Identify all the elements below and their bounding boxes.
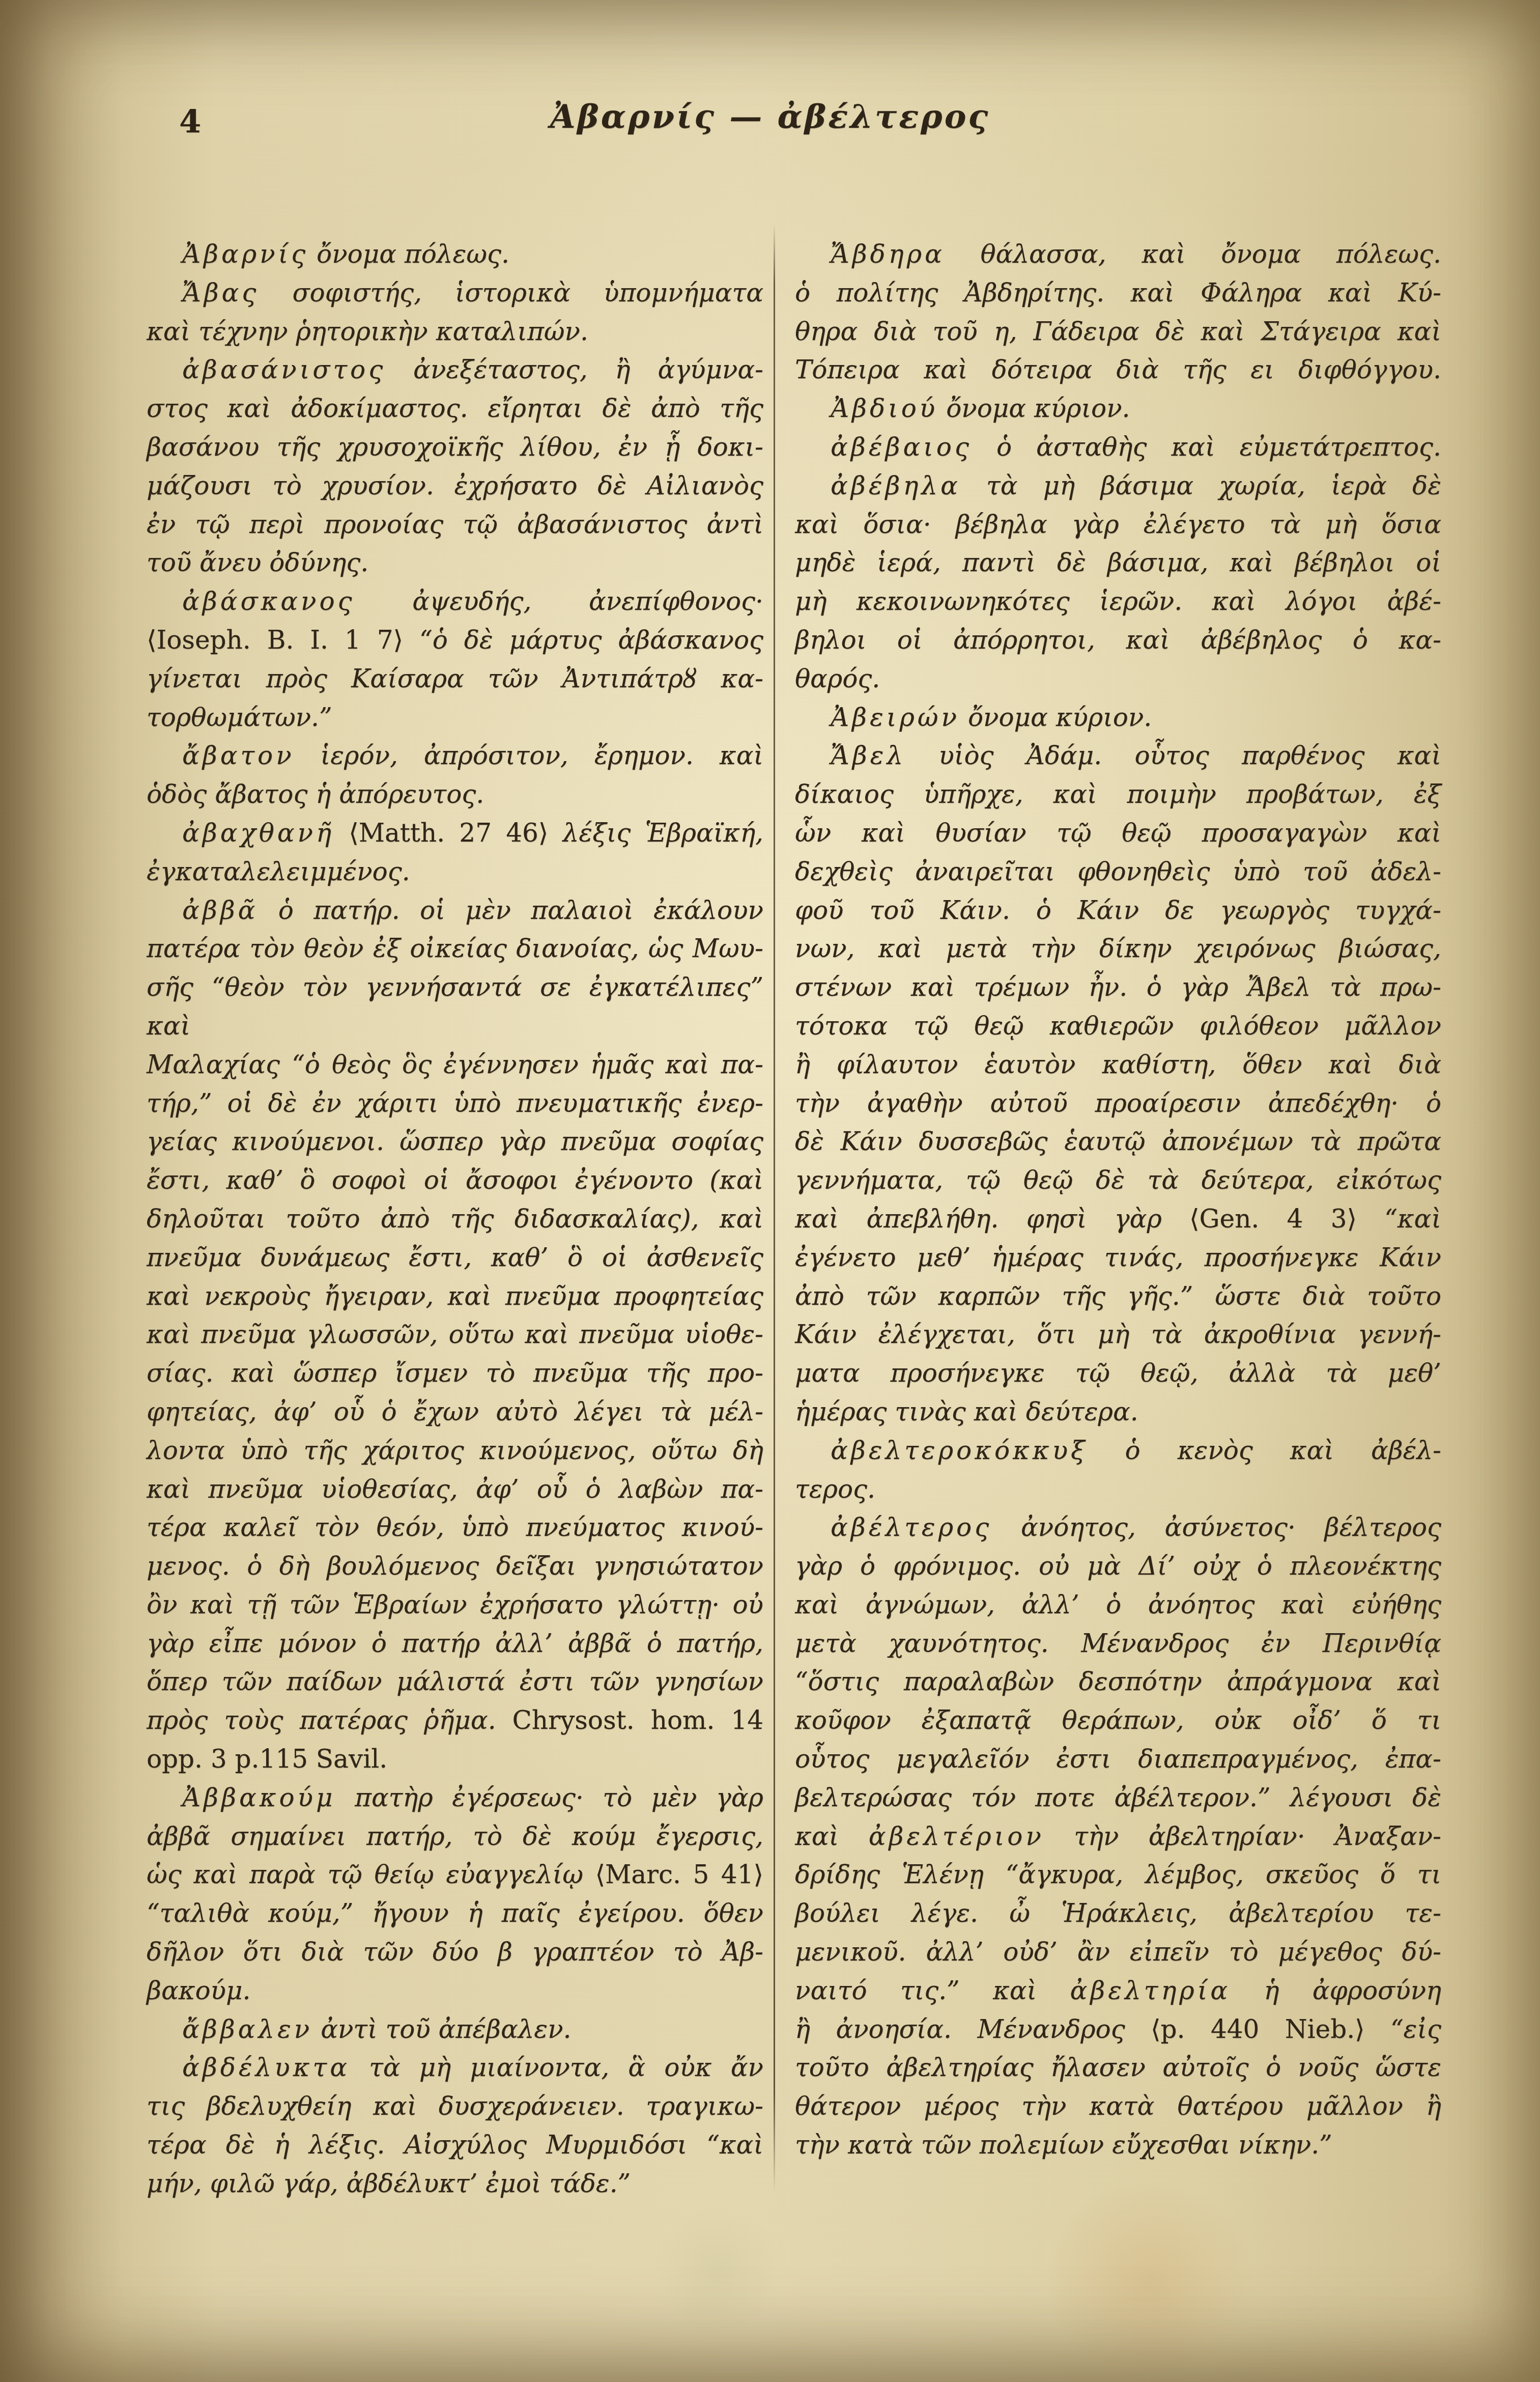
greek-text: τὰ μὴ μιαίνοντα, ἃ οὐκ ἄν xyxy=(350,2053,763,2082)
text-line: μενικοῦ. ἀλλ’ οὐδ’ ἂν εἰπεῖν τὸ μέγεθος … xyxy=(795,1933,1441,1972)
text-line: ἢ ἀνοησία. Μένανδρος ⟨p. 440 Nieb.⟩ “εἰς xyxy=(795,2010,1441,2049)
greek-text: τὴν κατὰ τῶν πολεμίων εὔχεσθαι νίκην.” xyxy=(795,2130,1332,2160)
greek-text: τήρ,” οἱ δὲ ἐν χάριτι ὑπὸ πνευματικῆς ἐν… xyxy=(147,1088,763,1118)
latin-citation: ⟨p. 440 Nieb.⟩ xyxy=(1151,2014,1364,2044)
text-line: Ἄβδηρα θάλασσα, καὶ ὄνομα πόλεως. xyxy=(795,235,1441,274)
headword: Ἀβαρνίς xyxy=(182,239,308,269)
text-line: ἀβδέλυκτα τὰ μὴ μιαίνοντα, ἃ οὐκ ἄν xyxy=(147,2049,763,2087)
greek-text: θαρός. xyxy=(795,664,880,693)
text-line: Ἄβελ υἱὸς Ἀδάμ. οὗτος παρθένος καὶ xyxy=(795,737,1441,775)
text-line: βούλει λέγε. ὦ Ἡράκλεις, ἀβελτερίου τε- xyxy=(795,1894,1441,1933)
greek-text: βελτερώσας τόν ποτε ἀβέλτερον.” λέγουσι … xyxy=(795,1783,1441,1812)
greek-text: ἐγένετο μεθ’ ἡμέρας τινάς, προσήνεγκε Κά… xyxy=(795,1243,1441,1272)
text-line: Ἀβαρνίς ὄνομα πόλεως. xyxy=(147,235,763,274)
greek-text: γίνεται πρὸς Καίσαρα τῶν Ἀντιπάτρȣ κα- xyxy=(147,664,763,693)
latin-citation: ⟨Marc. 5 41⟩ xyxy=(595,1860,763,1889)
headword: ἀβασάνιστος xyxy=(182,355,386,384)
column-right: Ἄβδηρα θάλασσα, καὶ ὄνομα πόλεως.ὁ πολίτ… xyxy=(795,235,1441,2165)
text-line: ἀβέβηλα τὰ μὴ βάσιμα χωρία, ἱερὰ δὲ xyxy=(795,467,1441,506)
text-line: ἀβασάνιστος ἀνεξέταστος, ἢ ἀγύμνα- xyxy=(147,351,763,389)
text-line: ὡς καὶ παρὰ τῷ θείῳ εὐαγγελίῳ ⟨Marc. 5 4… xyxy=(147,1856,763,1894)
text-line: θαρός. xyxy=(795,660,1441,698)
greek-text: δῆλον ὅτι διὰ τῶν δύο β γραπτέον τὸ Ἀβ- xyxy=(147,1937,763,1967)
text-line: δὲ Κάιν δυσσεβῶς ἑαυτῷ ἀπονέμων τὰ πρῶτα xyxy=(795,1123,1441,1161)
headword: ἀβελτεροκόκκυξ xyxy=(831,1436,1088,1465)
greek-text: σῆς “θεὸν τὸν γεννήσαντά σε ἐγκατέλιπες”… xyxy=(147,972,763,1041)
greek-text: τότοκα τῷ θεῷ καθιερῶν φιλόθεον μᾶλλον xyxy=(795,1011,1441,1041)
greek-text: βακούμ. xyxy=(147,1976,250,2005)
greek-text: τὴν ἀβελτηρίαν· Ἀναξαν- xyxy=(1044,1821,1441,1851)
text-line: δεχθεὶς ἀναιρεῖται φθονηθεὶς ὑπὸ τοῦ ἀδε… xyxy=(795,853,1441,891)
greek-text: στένων καὶ τρέμων ἦν. ὁ γὰρ Ἄβελ τὰ πρω- xyxy=(795,972,1441,1002)
text-line: ματα προσήνεγκε τῷ θεῷ, ἀλλὰ τὰ μεθ’ xyxy=(795,1354,1441,1393)
text-line: βακούμ. xyxy=(147,1972,763,2010)
greek-text: γὰρ ὁ φρόνιμος. οὐ μὰ Δί’ οὐχ ὁ πλεονέκτ… xyxy=(795,1551,1441,1581)
greek-text: γείας κινούμενοι. ὥσπερ γὰρ πνεῦμα σοφία… xyxy=(147,1127,763,1156)
greek-text: ματα προσήνεγκε τῷ θεῷ, ἀλλὰ τὰ μεθ’ xyxy=(795,1358,1441,1388)
headword: Ἄβδηρα xyxy=(831,239,945,269)
text-line: γὰρ εἶπε μόνον ὁ πατήρ ἀλλ’ ἀββᾶ ὁ πατήρ… xyxy=(147,1624,763,1663)
text-line: ἢ φίλαυτον ἑαυτὸν καθίστη, ὅθεν καὶ διὰ xyxy=(795,1046,1441,1084)
greek-text: λέξις Ἑβραϊκή, xyxy=(548,818,763,848)
text-line: τέρα καλεῖ τὸν θεόν, ὑπὸ πνεύματος κινού… xyxy=(147,1508,763,1547)
text-line: ὧν καὶ θυσίαν τῷ θεῷ προσαγαγὼν καὶ xyxy=(795,814,1441,853)
greek-text: βασάνου τῆς χρυσοχοϊκῆς λίθου, ἐν ᾗ δοκι… xyxy=(147,432,763,462)
text-line: Ἀββακούμ πατὴρ ἐγέρσεως· τὸ μὲν γὰρ xyxy=(147,1779,763,1817)
text-line: τέρα δὲ ἡ λέξις. Αἰσχύλος Μυρμιδόσι “καὶ xyxy=(147,2126,763,2165)
greek-text: ὁ κενὸς καὶ ἀβέλ- xyxy=(1088,1436,1441,1465)
text-line: καὶ τέχνην ῥητορικὴν καταλιπών. xyxy=(147,313,763,351)
column-divider xyxy=(774,224,775,2192)
headword: ἀβάσκανος xyxy=(182,586,355,616)
text-line: μὴ κεκοινωνηκότες ἱερῶν. καὶ λόγοι ἀβέ- xyxy=(795,582,1441,621)
greek-text: ἐν τῷ περὶ προνοίας τῷ ἀβασάνιστος ἀντὶ xyxy=(147,510,763,539)
headword: ἀβέβαιος xyxy=(831,432,972,462)
text-line: πρὸς τοὺς πατέρας ῥῆμα. Chrysost. hom. 1… xyxy=(147,1701,763,1740)
greek-text: υἱὸς Ἀδάμ. οὗτος παρθένος καὶ xyxy=(906,741,1441,770)
text-line: δίκαιος ὑπῆρχε, καὶ ποιμὴν προβάτων, ἐξ xyxy=(795,775,1441,814)
greek-text: μετὰ χαυνότητος. Μένανδρος ἐν Περινθίᾳ xyxy=(795,1629,1441,1658)
text-line: τὴν κατὰ τῶν πολεμίων εὔχεσθαι νίκην.” xyxy=(795,2126,1441,2165)
text-line: “ταλιθὰ κούμ,” ἤγουν ἡ παῖς ἐγείρου. ὅθε… xyxy=(147,1894,763,1933)
text-line: ἄββαλεν ἀντὶ τοῦ ἀπέβαλεν. xyxy=(147,2010,763,2049)
text-line: τήρ,” οἱ δὲ ἐν χάριτι ὑπὸ πνευματικῆς ἐν… xyxy=(147,1084,763,1123)
text-line: καὶ ἀγνώμων, ἀλλ’ ὁ ἀνόητος καὶ εὐήθης xyxy=(795,1586,1441,1624)
greek-text: ἢ φίλαυτον ἑαυτὸν καθίστη, ὅθεν καὶ διὰ xyxy=(795,1050,1441,1079)
text-line: ἀβελτεροκόκκυξ ὁ κενὸς καὶ ἀβέλ- xyxy=(795,1432,1441,1470)
paper-stain xyxy=(1043,2179,1257,2382)
greek-text: τερος. xyxy=(795,1474,875,1504)
text-line: Ἄβας σοφιστής, ἱστορικὰ ὑπομνήματα xyxy=(147,274,763,313)
greek-text: ἡ ἀφροσύνη xyxy=(1231,1976,1441,2005)
greek-text: τὴν ἀγαθὴν αὐτοῦ προαίρεσιν ἀπεδέχθη· ὁ xyxy=(795,1088,1441,1118)
greek-text: ὄνομα πόλεως. xyxy=(308,239,509,269)
text-line: opp. 3 p.115 Savil. xyxy=(147,1740,763,1779)
greek-text: πρὸς τοὺς πατέρας ῥῆμα. xyxy=(147,1705,512,1735)
text-line: ὂν καὶ τῇ τῶν Ἑβραίων ἐχρήσατο γλώττῃ· ο… xyxy=(147,1586,763,1624)
text-line: φητείας, ἀφ’ οὗ ὁ ἔχων αὐτὸ λέγει τὰ μέλ… xyxy=(147,1393,763,1432)
text-line: ναιτό τις.” καὶ ἀβελτηρία ἡ ἀφροσύνη xyxy=(795,1972,1441,2010)
text-line: σίας. καὶ ὥσπερ ἴσμεν τὸ πνεῦμα τῆς προ- xyxy=(147,1354,763,1393)
greek-text: “καὶ xyxy=(1357,1204,1441,1234)
greek-text: φητείας, ἀφ’ οὗ ὁ ἔχων αὐτὸ λέγει τὰ μέλ… xyxy=(147,1397,763,1426)
text-line: γὰρ ὁ φρόνιμος. οὐ μὰ Δί’ οὐχ ὁ πλεονέκτ… xyxy=(795,1547,1441,1586)
column-left: Ἀβαρνίς ὄνομα πόλεως.Ἄβας σοφιστής, ἱστο… xyxy=(147,235,763,2203)
headword: ἀβέβηλα xyxy=(831,471,961,500)
greek-text: ἀπὸ τῶν καρπῶν τῆς γῆς.” ὥστε διὰ τοῦτο xyxy=(795,1281,1441,1311)
greek-text xyxy=(334,818,349,848)
greek-text: γὰρ εἶπε μόνον ὁ πατήρ ἀλλ’ ἀββᾶ ὁ πατήρ… xyxy=(147,1629,763,1658)
text-line: τοῦ ἄνευ ὀδύνης. xyxy=(147,544,763,582)
text-line: τοῦτο ἀβελτηρίας ἤλασεν αὐτοῖς ὁ νοῦς ὥσ… xyxy=(795,2049,1441,2087)
greek-text: ἀψευδής, ἀνεπίφθονος· xyxy=(355,586,763,616)
greek-text: δρίδης Ἑλένῃ “ἄγκυρα, λέμβος, σκεῦος ὅ τ… xyxy=(795,1860,1441,1889)
text-line: ἄβατον ἱερόν, ἀπρόσιτον, ἔρημον. καὶ xyxy=(147,737,763,775)
greek-text: ναιτό τις.” καὶ xyxy=(795,1976,1070,2005)
text-line: φοῦ τοῦ Κάιν. ὁ Κάιν δε γεωργὸς τυγχά- xyxy=(795,891,1441,930)
text-line: ἀββᾶ σημαίνει πατήρ, τὸ δὲ κούμ ἔγερσις, xyxy=(147,1817,763,1856)
text-line: μενος. ὁ δὴ βουλόμενος δεῖξαι γνησιώτατο… xyxy=(147,1547,763,1586)
text-line: κοῦφον ἐξαπατᾷ θεράπων, οὐκ οἶδ’ ὅ τι xyxy=(795,1701,1441,1740)
greek-text: σίας. καὶ ὥσπερ ἴσμεν τὸ πνεῦμα τῆς προ- xyxy=(147,1358,763,1388)
greek-text: ἱερόν, ἀπρόσιτον, ἔρημον. καὶ xyxy=(295,741,763,770)
greek-text: καὶ τέχνην ῥητορικὴν καταλιπών. xyxy=(147,317,588,346)
latin-citation: ⟨Ioseph. B. I. 1 7⟩ xyxy=(147,625,403,655)
lexicon-page: 4 Ἀβαρνίς — ἀβέλτερος Ἀβαρνίς ὄνομα πόλε… xyxy=(0,0,1540,2382)
text-line: Τόπειρα καὶ δότειρα διὰ τῆς ει διφθόγγου… xyxy=(795,351,1441,389)
text-line: δρίδης Ἑλένῃ “ἄγκυρα, λέμβος, σκεῦος ὅ τ… xyxy=(795,1856,1441,1894)
greek-text: Τόπειρα καὶ δότειρα διὰ τῆς ει διφθόγγου… xyxy=(795,355,1441,384)
text-line: μηδὲ ἱερά, παντὶ δὲ βάσιμα, καὶ βέβηλοι … xyxy=(795,544,1441,582)
headword: Ἄβελ xyxy=(831,741,906,770)
text-line: ἐγκαταλελειμμένος. xyxy=(147,853,763,891)
text-line: ὅπερ τῶν παίδων μάλιστά ἐστι τῶν γνησίων xyxy=(147,1663,763,1701)
headword: ἄββαλεν xyxy=(182,2014,312,2044)
latin-citation: opp. 3 p.115 Savil. xyxy=(147,1744,387,1774)
text-line: ἐν τῷ περὶ προνοίας τῷ ἀβασάνιστος ἀντὶ xyxy=(147,506,763,544)
text-line: οὗτος μεγαλεῖόν ἐστι διαπεπραγμένος, ἐπα… xyxy=(795,1740,1441,1779)
greek-text: τοῦ ἄνευ ὀδύνης. xyxy=(147,548,368,577)
text-line: ὁδὸς ἄβατος ἡ ἀπόρευτος. xyxy=(147,775,763,814)
greek-text: ὅπερ τῶν παίδων μάλιστά ἐστι τῶν γνησίων xyxy=(147,1667,763,1696)
text-line: στένων καὶ τρέμων ἦν. ὁ γὰρ Ἄβελ τὰ πρω- xyxy=(795,968,1441,1007)
text-line: Ἀβδιού ὄνομα κύριον. xyxy=(795,389,1441,428)
greek-text: νων, καὶ μετὰ τὴν δίκην χειρόνως βιώσας, xyxy=(795,934,1441,963)
greek-text: ἀββᾶ σημαίνει πατήρ, τὸ δὲ κούμ ἔγερσις, xyxy=(147,1821,763,1851)
greek-text: γεννήματα, τῷ θεῷ δὲ τὰ δεύτερα, εἰκότως xyxy=(795,1165,1441,1195)
text-line: τερος. xyxy=(795,1470,1441,1509)
greek-text: ἀνεξέταστος, ἢ ἀγύμνα- xyxy=(386,355,763,384)
greek-text: καὶ ὅσια· βέβηλα γὰρ ἐλέγετο τὰ μὴ ὅσια xyxy=(795,510,1441,539)
greek-text: οὗτος μεγαλεῖόν ἐστι διαπεπραγμένος, ἐπα… xyxy=(795,1744,1441,1774)
greek-text: φοῦ τοῦ Κάιν. ὁ Κάιν δε γεωργὸς τυγχά- xyxy=(795,895,1441,925)
headword: ἀβέλτερος xyxy=(831,1512,992,1542)
greek-text: λοντα ὑπὸ τῆς χάριτος κινούμενος, οὕτω δ… xyxy=(147,1436,763,1465)
greek-text: “εἰς xyxy=(1365,2014,1441,2044)
text-line: “ὅστις παραλαβὼν δεσπότην ἀπράγμονα καὶ xyxy=(795,1663,1441,1701)
text-line: βασάνου τῆς χρυσοχοϊκῆς λίθου, ἐν ᾗ δοκι… xyxy=(147,428,763,467)
headword: ἀβελτέριον xyxy=(869,1821,1044,1851)
text-line: βηλοι οἱ ἀπόρρητοι, καὶ ἀβέβηλος ὁ κα- xyxy=(795,621,1441,660)
text-line: ἀββᾶ ὁ πατήρ. οἱ μὲν παλαιοὶ ἐκάλουν xyxy=(147,891,763,930)
text-line: θάτερον μέρος τὴν κατὰ θατέρου μᾶλλον ἢ xyxy=(795,2087,1441,2126)
greek-text: “ὁ δὲ μάρτυς ἀβάσκανος xyxy=(403,625,763,655)
latin-citation: Chrysost. hom. 14 xyxy=(512,1705,763,1735)
headword: Ἀβδιού xyxy=(831,394,938,423)
greek-text: δὲ Κάιν δυσσεβῶς ἑαυτῷ ἀπονέμων τὰ πρῶτα xyxy=(795,1127,1441,1156)
text-line: ἐγένετο μεθ’ ἡμέρας τινάς, προσήνεγκε Κά… xyxy=(795,1239,1441,1277)
text-line: Μαλαχίας “ὁ θεὸς ὃς ἐγέννησεν ἡμᾶς καὶ π… xyxy=(147,1046,763,1084)
greek-text: ὄνομα κύριον. xyxy=(960,703,1152,732)
greek-text: καὶ νεκροὺς ἤγειραν, καὶ πνεῦμα προφητεί… xyxy=(147,1281,763,1311)
text-line: ἀβέλτερος ἀνόητος, ἀσύνετος· βέλτερος xyxy=(795,1508,1441,1547)
greek-text: τοῦτο ἀβελτηρίας ἤλασεν αὐτοῖς ὁ νοῦς ὥσ… xyxy=(795,2053,1441,2082)
greek-text: δεχθεὶς ἀναιρεῖται φθονηθεὶς ὑπὸ τοῦ ἀδε… xyxy=(795,857,1441,886)
greek-text: σοφιστής, ἱστορικὰ ὑπομνήματα xyxy=(259,278,763,307)
text-line: καὶ ἀπεβλήθη. φησὶ γὰρ ⟨Gen. 4 3⟩ “καὶ xyxy=(795,1200,1441,1239)
greek-text: τις βδελυχθείη καὶ δυσχεράνειεν. τραγικω… xyxy=(147,2091,763,2121)
text-line: καὶ νεκροὺς ἤγειραν, καὶ πνεῦμα προφητεί… xyxy=(147,1277,763,1316)
greek-text: πατέρα τὸν θεὸν ἐξ οἰκείας διανοίας, ὡς … xyxy=(147,934,763,963)
text-line: δηλοῦται τοῦτο ἀπὸ τῆς διδασκαλίας), καὶ xyxy=(147,1200,763,1239)
greek-text: τὰ μὴ βάσιμα χωρία, ἱερὰ δὲ xyxy=(961,471,1441,500)
paper-stain xyxy=(651,2204,784,2337)
greek-text: καὶ ἀπεβλήθη. φησὶ γὰρ xyxy=(795,1204,1189,1234)
greek-text: Μαλαχίας “ὁ θεὸς ὃς ἐγέννησεν ἡμᾶς καὶ π… xyxy=(147,1050,763,1079)
headword: ἀββᾶ xyxy=(182,895,258,925)
text-line: καὶ πνεῦμα γλωσσῶν, οὕτω καὶ πνεῦμα υἱοθ… xyxy=(147,1315,763,1354)
latin-citation: ⟨Gen. 4 3⟩ xyxy=(1189,1204,1357,1234)
greek-text: θηρα διὰ τοῦ η, Γάδειρα δὲ καὶ Στάγειρα … xyxy=(795,317,1441,346)
greek-text: θάτερον μέρος τὴν κατὰ θατέρου μᾶλλον ἢ xyxy=(795,2091,1441,2121)
text-line: βελτερώσας τόν ποτε ἀβέλτερον.” λέγουσι … xyxy=(795,1779,1441,1817)
greek-text: μάζουσι τὸ χρυσίον. ἐχρήσατο δὲ Αἰλιανὸς xyxy=(147,471,763,500)
greek-text: μενικοῦ. ἀλλ’ οὐδ’ ἂν εἰπεῖν τὸ μέγεθος … xyxy=(795,1937,1441,1967)
text-line: καὶ ἀβελτέριον τὴν ἀβελτηρίαν· Ἀναξαν- xyxy=(795,1817,1441,1856)
greek-text: μενος. ὁ δὴ βουλόμενος δεῖξαι γνησιώτατο… xyxy=(147,1551,763,1581)
headword: Ἀββακούμ xyxy=(182,1783,335,1812)
text-line: πνεῦμα δυνάμεως ἔστι, καθ’ ὃ οἱ ἀσθενεῖς xyxy=(147,1239,763,1277)
text-line: πατέρα τὸν θεὸν ἐξ οἰκείας διανοίας, ὡς … xyxy=(147,930,763,968)
text-line: τὴν ἀγαθὴν αὐτοῦ προαίρεσιν ἀπεδέχθη· ὁ xyxy=(795,1084,1441,1123)
text-line: στος καὶ ἀδοκίμαστος. εἴρηται δὲ ἀπὸ τῆς xyxy=(147,389,763,428)
greek-text: ἢ ἀνοησία. Μένανδρος xyxy=(795,2014,1151,2044)
headword: ἄβατον xyxy=(182,741,295,770)
text-line: θηρα διὰ τοῦ η, Γάδειρα δὲ καὶ Στάγειρα … xyxy=(795,313,1441,351)
greek-text: τορθωμάτων.” xyxy=(147,703,332,732)
greek-text: ὄνομα κύριον. xyxy=(938,394,1130,423)
text-line: ἀβέβαιος ὁ ἀσταθὴς καὶ εὐμετάτρεπτος. xyxy=(795,428,1441,467)
latin-citation: ⟨Matth. 27 46⟩ xyxy=(349,818,548,848)
greek-text: πατὴρ ἐγέρσεως· τὸ μὲν γὰρ xyxy=(335,1783,763,1812)
headword: Ἄβας xyxy=(182,278,259,307)
headword: ἀβδέλυκτα xyxy=(182,2053,350,2082)
text-line: μήν, φιλῶ γάρ, ἀβδέλυκτ’ ἐμοὶ τάδε.” xyxy=(147,2165,763,2203)
text-line: μάζουσι τὸ χρυσίον. ἐχρήσατο δὲ Αἰλιανὸς xyxy=(147,467,763,506)
text-line: γίνεται πρὸς Καίσαρα τῶν Ἀντιπάτρȣ κα- xyxy=(147,660,763,698)
headword: ἀβελτηρία xyxy=(1070,1976,1231,2005)
greek-text: ὁ πατήρ. οἱ μὲν παλαιοὶ ἐκάλουν xyxy=(258,895,763,925)
greek-text: ἐγκαταλελειμμένος. xyxy=(147,857,410,886)
text-line: Κάιν ἐλέγχεται, ὅτι μὴ τὰ ἀκροθίνια γενν… xyxy=(795,1315,1441,1354)
greek-text: μὴ κεκοινωνηκότες ἱερῶν. καὶ λόγοι ἀβέ- xyxy=(795,586,1441,616)
greek-text: δίκαιος ὑπῆρχε, καὶ ποιμὴν προβάτων, ἐξ xyxy=(795,779,1441,809)
text-line: καὶ πνεῦμα υἱοθεσίας, ἀφ’ οὗ ὁ λαβὼν πα- xyxy=(147,1470,763,1509)
greek-text: “ταλιθὰ κούμ,” ἤγουν ἡ παῖς ἐγείρου. ὅθε… xyxy=(147,1898,763,1928)
greek-text: ὧν καὶ θυσίαν τῷ θεῷ προσαγαγὼν καὶ xyxy=(795,818,1441,848)
greek-text: ὁ πολίτης Ἀβδηρίτης. καὶ Φάληρα καὶ Κύ- xyxy=(795,278,1441,307)
greek-text: ὁδὸς ἄβατος ἡ ἀπόρευτος. xyxy=(147,779,484,809)
text-line: γεννήματα, τῷ θεῷ δὲ τὰ δεύτερα, εἰκότως xyxy=(795,1161,1441,1200)
text-line: ἔστι, καθ’ ὃ σοφοὶ οἱ ἄσοφοι ἐγένοντο (κ… xyxy=(147,1161,763,1200)
greek-text: καὶ xyxy=(795,1821,869,1851)
greek-text: μήν, φιλῶ γάρ, ἀβδέλυκτ’ ἐμοὶ τάδε.” xyxy=(147,2169,631,2198)
text-line: λοντα ὑπὸ τῆς χάριτος κινούμενος, οὕτω δ… xyxy=(147,1432,763,1470)
text-line: γείας κινούμενοι. ὥσπερ γὰρ πνεῦμα σοφία… xyxy=(147,1123,763,1161)
greek-text: πνεῦμα δυνάμεως ἔστι, καθ’ ὃ οἱ ἀσθενεῖς xyxy=(147,1243,763,1272)
greek-text: στος καὶ ἀδοκίμαστος. εἴρηται δὲ ἀπὸ τῆς xyxy=(147,394,763,423)
headword: Ἀβειρών xyxy=(831,703,960,732)
text-line: σῆς “θεὸν τὸν γεννήσαντά σε ἐγκατέλιπες”… xyxy=(147,968,763,1046)
greek-text: ἔστι, καθ’ ὃ σοφοὶ οἱ ἄσοφοι ἐγένοντο (κ… xyxy=(147,1165,763,1195)
text-line: Ἀβειρών ὄνομα κύριον. xyxy=(795,698,1441,737)
greek-text: βούλει λέγε. ὦ Ἡράκλεις, ἀβελτερίου τε- xyxy=(795,1898,1441,1928)
text-line: δῆλον ὅτι διὰ τῶν δύο β γραπτέον τὸ Ἀβ- xyxy=(147,1933,763,1972)
greek-text: ἀνόητος, ἀσύνετος· βέλτερος xyxy=(992,1512,1441,1542)
text-line: τις βδελυχθείη καὶ δυσχεράνειεν. τραγικω… xyxy=(147,2087,763,2126)
text-line: τορθωμάτων.” xyxy=(147,698,763,737)
greek-text: ὂν καὶ τῇ τῶν Ἑβραίων ἐχρήσατο γλώττῃ· ο… xyxy=(147,1590,763,1619)
greek-text: καὶ ἀγνώμων, ἀλλ’ ὁ ἀνόητος καὶ εὐήθης xyxy=(795,1590,1441,1619)
greek-text: κοῦφον ἐξαπατᾷ θεράπων, οὐκ οἶδ’ ὅ τι xyxy=(795,1705,1441,1735)
greek-text: θάλασσα, καὶ ὄνομα πόλεως. xyxy=(945,239,1441,269)
greek-text: καὶ πνεῦμα γλωσσῶν, οὕτω καὶ πνεῦμα υἱοθ… xyxy=(147,1320,763,1349)
greek-text: ἀντὶ τοῦ ἀπέβαλεν. xyxy=(312,2014,571,2044)
greek-text: ὁ ἀσταθὴς καὶ εὐμετάτρεπτος. xyxy=(972,432,1441,462)
text-line: ἡμέρας τινὰς καὶ δεύτερα. xyxy=(795,1393,1441,1432)
greek-text: ὡς καὶ παρὰ τῷ θείῳ εὐαγγελίῳ xyxy=(147,1860,595,1889)
text-line: καὶ ὅσια· βέβηλα γὰρ ἐλέγετο τὰ μὴ ὅσια xyxy=(795,506,1441,544)
text-line: ἀπὸ τῶν καρπῶν τῆς γῆς.” ὥστε διὰ τοῦτο xyxy=(795,1277,1441,1316)
greek-text: καὶ πνεῦμα υἱοθεσίας, ἀφ’ οὗ ὁ λαβὼν πα- xyxy=(147,1474,763,1504)
headword: ἀβαχθανῆ xyxy=(182,818,334,848)
text-line: τότοκα τῷ θεῷ καθιερῶν φιλόθεον μᾶλλον xyxy=(795,1007,1441,1046)
text-line: ἀβάσκανος ἀψευδής, ἀνεπίφθονος· xyxy=(147,582,763,621)
text-line: ⟨Ioseph. B. I. 1 7⟩ “ὁ δὲ μάρτυς ἀβάσκαν… xyxy=(147,621,763,660)
running-title: Ἀβαρνίς — ἀβέλτερος xyxy=(0,101,1540,133)
greek-text: τέρα καλεῖ τὸν θεόν, ὑπὸ πνεύματος κινού… xyxy=(147,1512,763,1542)
greek-text: Κάιν ἐλέγχεται, ὅτι μὴ τὰ ἀκροθίνια γενν… xyxy=(795,1320,1441,1349)
greek-text: βηλοι οἱ ἀπόρρητοι, καὶ ἀβέβηλος ὁ κα- xyxy=(795,625,1441,655)
text-line: ἀβαχθανῆ ⟨Matth. 27 46⟩ λέξις Ἑβραϊκή, xyxy=(147,814,763,853)
greek-text: μηδὲ ἱερά, παντὶ δὲ βάσιμα, καὶ βέβηλοι … xyxy=(795,548,1441,577)
text-line: ὁ πολίτης Ἀβδηρίτης. καὶ Φάληρα καὶ Κύ- xyxy=(795,274,1441,313)
greek-text: “ὅστις παραλαβὼν δεσπότην ἀπράγμονα καὶ xyxy=(795,1667,1441,1696)
greek-text: τέρα δὲ ἡ λέξις. Αἰσχύλος Μυρμιδόσι “καὶ xyxy=(147,2130,763,2160)
text-line: μετὰ χαυνότητος. Μένανδρος ἐν Περινθίᾳ xyxy=(795,1624,1441,1663)
text-line: νων, καὶ μετὰ τὴν δίκην χειρόνως βιώσας, xyxy=(795,930,1441,968)
greek-text: δηλοῦται τοῦτο ἀπὸ τῆς διδασκαλίας), καὶ xyxy=(147,1204,763,1234)
greek-text: ἡμέρας τινὰς καὶ δεύτερα. xyxy=(795,1397,1138,1426)
